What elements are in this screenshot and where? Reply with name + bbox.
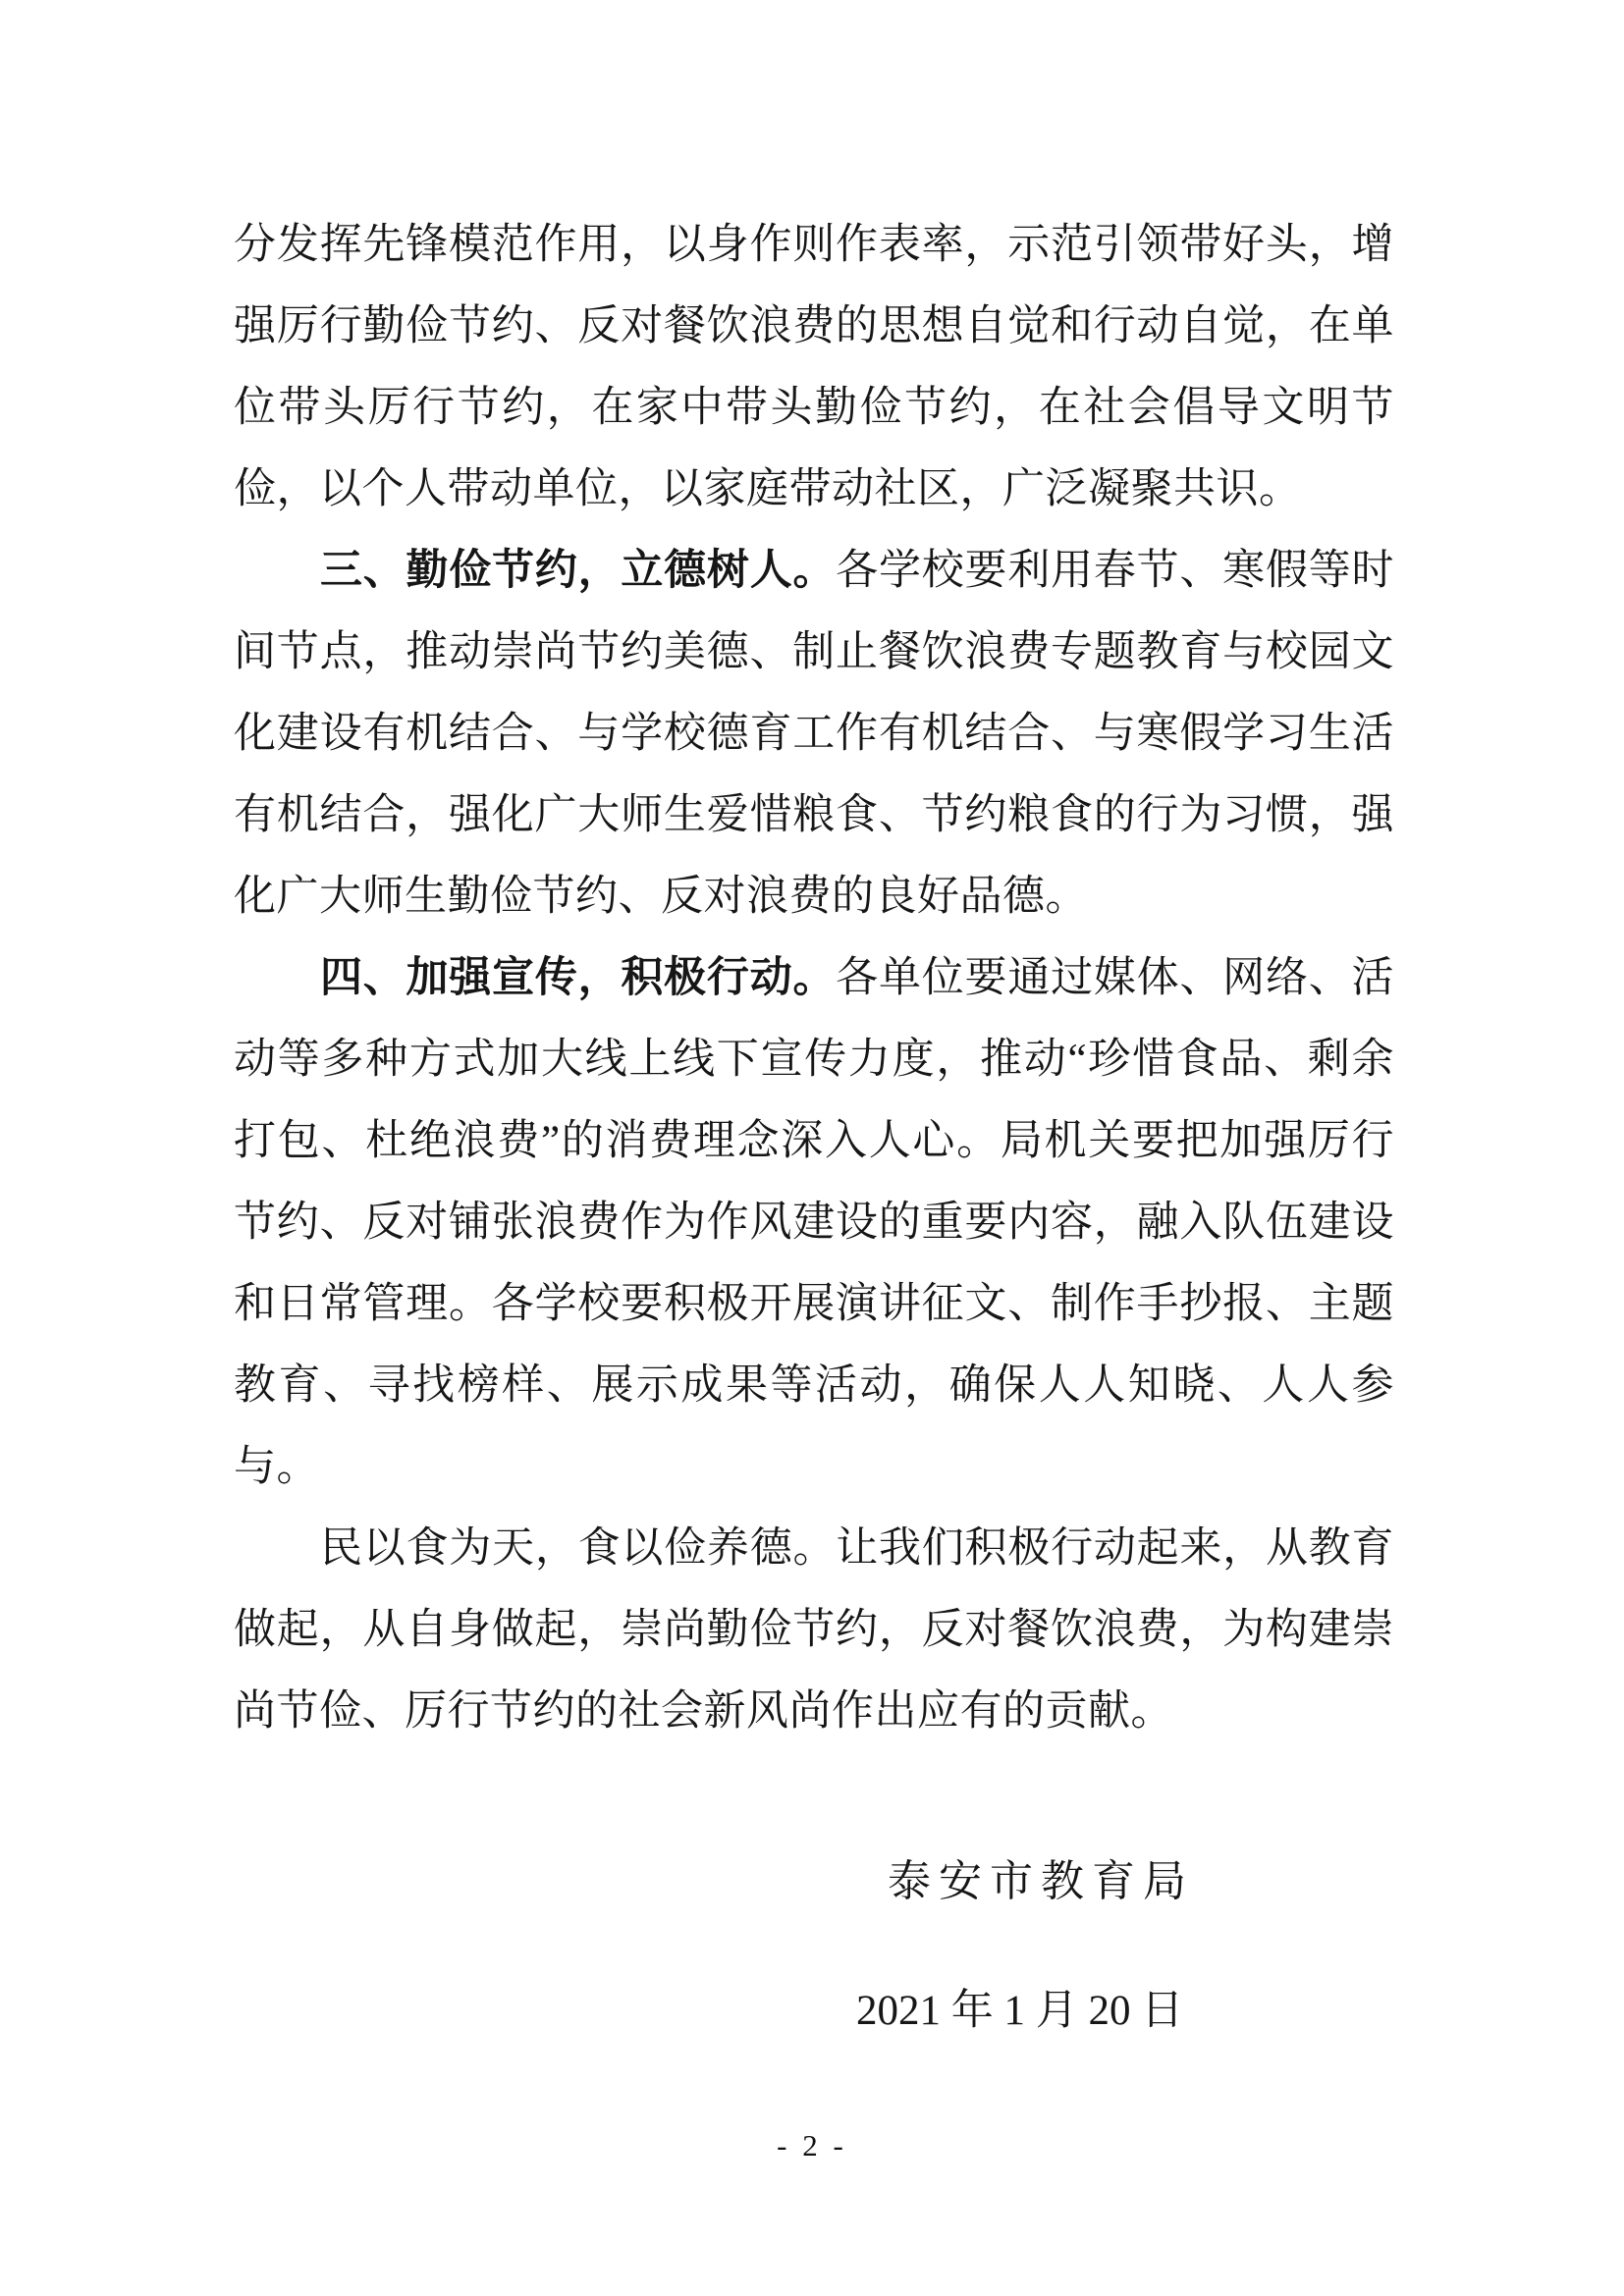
body-paragraph: 四、加强宣传，积极行动。各单位要通过媒体、网络、活动等多种方式加大线上线下宣传力… (234, 937, 1394, 1508)
section-heading-three: 三、勤俭节约，立德树人。 (320, 547, 836, 594)
page-footer: - 2 - (0, 2128, 1624, 2163)
paragraph-text: 民以食为天，食以俭养德。让我们积极行动起来，从教育做起，从自身做起，崇尚勤俭节约… (234, 1525, 1394, 1735)
document-body: 分发挥先锋模范作用，以身作则作表率，示范引领带好头，增强厉行勤俭节约、反对餐饮浪… (234, 204, 1394, 1752)
paragraph-text: 各学校要利用春节、寒假等时间节点，推动崇尚节约美德、制止餐饮浪费专题教育与校园文… (234, 548, 1394, 920)
body-paragraph: 分发挥先锋模范作用，以身作则作表率，示范引领带好头，增强厉行勤俭节约、反对餐饮浪… (234, 204, 1394, 530)
body-paragraph: 民以食为天，食以俭养德。让我们积极行动起来，从教育做起，从自身做起，崇尚勤俭节约… (234, 1508, 1394, 1752)
date-block: 2021 年 1 月 20 日 (234, 1981, 1394, 2042)
page-number: - 2 - (777, 2128, 847, 2163)
issue-date: 2021 年 1 月 20 日 (856, 1981, 1183, 2042)
paragraph-text: 分发挥先锋模范作用，以身作则作表率，示范引领带好头，增强厉行勤俭节约、反对餐饮浪… (234, 222, 1394, 512)
document-page: 分发挥先锋模范作用，以身作则作表率，示范引领带好头，增强厉行勤俭节约、反对餐饮浪… (0, 0, 1624, 2296)
section-heading-four: 四、加强宣传，积极行动。 (320, 954, 836, 1001)
paragraph-text: 各单位要通过媒体、网络、活动等多种方式加大线上线下宣传力度，推动“珍惜食品、剩余… (234, 955, 1394, 1490)
body-paragraph: 三、勤俭节约，立德树人。各学校要利用春节、寒假等时间节点，推动崇尚节约美德、制止… (234, 530, 1394, 937)
signature-block: 泰安市教育局 (234, 1851, 1394, 1912)
issuing-authority: 泰安市教育局 (888, 1851, 1194, 1912)
